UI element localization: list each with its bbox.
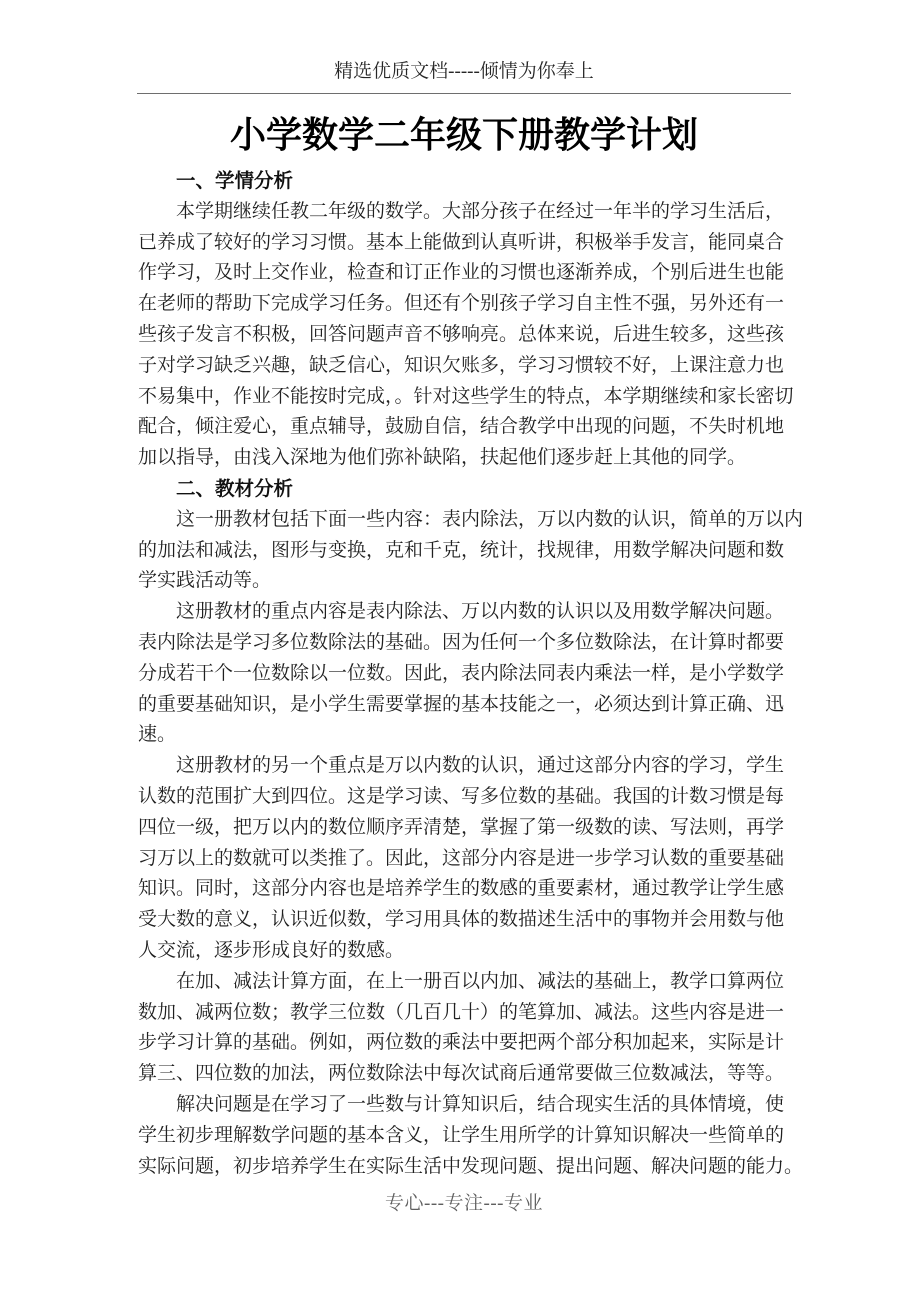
text-line: 解决问题是在学习了一些数与计算知识后，结合现实生活的具体情境，使: [138, 1090, 788, 1121]
text-line: 速。: [138, 720, 788, 751]
text-line: 认数的范围扩大到四位。这是学习读、写多位数的基础。我国的计数习惯是每: [138, 782, 788, 813]
text-line: 的加法和减法，图形与变换，克和千克，统计，找规律，用数学解决问题和数: [138, 536, 788, 567]
text-line: 这册教材的重点内容是表内除法、万以内数的认识以及用数学解决问题。: [138, 597, 788, 628]
page-header: 精选优质文档-----倾情为你奉上: [137, 61, 791, 94]
text-line: 人交流，逐步形成良好的数感。: [138, 936, 788, 967]
text-line: 分成若干个一位数除以一位数。因此，表内除法同表内乘法一样，是小学数学: [138, 659, 788, 690]
text-line: 配合，倾注爱心，重点辅导，鼓励自信，结合教学中出现的问题，不失时机地: [138, 412, 788, 443]
text-line: 不易集中，作业不能按时完成，。针对这些学生的特点，本学期继续和家长密切: [138, 382, 788, 413]
text-line: 作学习，及时上交作业，检查和订正作业的习惯也逐渐养成，个别后进生也能: [138, 258, 788, 289]
text-line: 表内除法是学习多位数除法的基础。因为任何一个多位数除法，在计算时都要: [138, 628, 788, 659]
text-line: 加以指导，由浅入深地为他们弥补缺陷，扶起他们逐步赶上其他的同学。: [138, 443, 788, 474]
text-line: 这一册教材包括下面一些内容：表内除法，万以内数的认识，简单的万以内: [138, 505, 788, 536]
page-footer: 专心---专注---专业: [137, 1193, 791, 1215]
text-line: 些孩子发言不积极，回答问题声音不够响亮。总体来说，后进生较多，这些孩: [138, 320, 788, 351]
text-line: 已养成了较好的学习习惯。基本上能做到认真听讲，积极举手发言，能同桌合: [138, 228, 788, 259]
page-title: 小学数学二年级下册教学计划: [117, 109, 811, 161]
header-text: 精选优质文档-----倾情为你奉上: [334, 61, 594, 82]
text-line: 步学习计算的基础。例如，两位数的乘法中要把两个部分积加起来，实际是计: [138, 1028, 788, 1059]
document-page: 精选优质文档-----倾情为你奉上 小学数学二年级下册教学计划 一、学情分析本学…: [0, 0, 920, 1302]
text-line: 在老师的帮助下完成学习任务。但还有个别孩子学习自主性不强，另外还有一: [138, 289, 788, 320]
text-line: 子对学习缺乏兴趣，缺乏信心，知识欠账多，学习习惯较不好，上课注意力也: [138, 351, 788, 382]
text-line: 知识。同时，这部分内容也是培养学生的数感的重要素材，通过教学让学生感: [138, 874, 788, 905]
text-line: 习万以上的数就可以类推了。因此，这部分内容是进一步学习认数的重要基础: [138, 844, 788, 875]
document-body: 一、学情分析本学期继续任教二年级的数学。大部分孩子在经过一年半的学习生活后，已养…: [138, 166, 788, 1182]
text-line: 实际问题，初步培养学生在实际生活中发现问题、提出问题、解决问题的能力。: [138, 1152, 788, 1183]
text-line: 四位一级，把万以内的数位顺序弄清楚，掌握了第一级数的读、写法则，再学: [138, 813, 788, 844]
text-line: 算三、四位数的加法，两位数除法中每次试商后通常要做三位数减法，等等。: [138, 1059, 788, 1090]
text-line: 受大数的意义，认识近似数，学习用具体的数描述生活中的事物并会用数与他: [138, 905, 788, 936]
text-line: 本学期继续任教二年级的数学。大部分孩子在经过一年半的学习生活后，: [138, 197, 788, 228]
text-line: 学生初步理解数学问题的基本含义，让学生用所学的计算知识解决一些简单的: [138, 1121, 788, 1152]
section-heading: 二、教材分析: [138, 474, 788, 505]
text-line: 学实践活动等。: [138, 566, 788, 597]
text-line: 在加、减法计算方面，在上一册百以内加、减法的基础上，教学口算两位: [138, 967, 788, 998]
footer-text: 专心---专注---专业: [385, 1193, 543, 1214]
section-heading: 一、学情分析: [138, 166, 788, 197]
text-line: 的重要基础知识，是小学生需要掌握的基本技能之一，必须达到计算正确、迅: [138, 690, 788, 721]
text-line: 这册教材的另一个重点是万以内数的认识，通过这部分内容的学习，学生: [138, 751, 788, 782]
text-line: 数加、减两位数；教学三位数（几百几十）的笔算加、减法。这些内容是进一: [138, 998, 788, 1029]
